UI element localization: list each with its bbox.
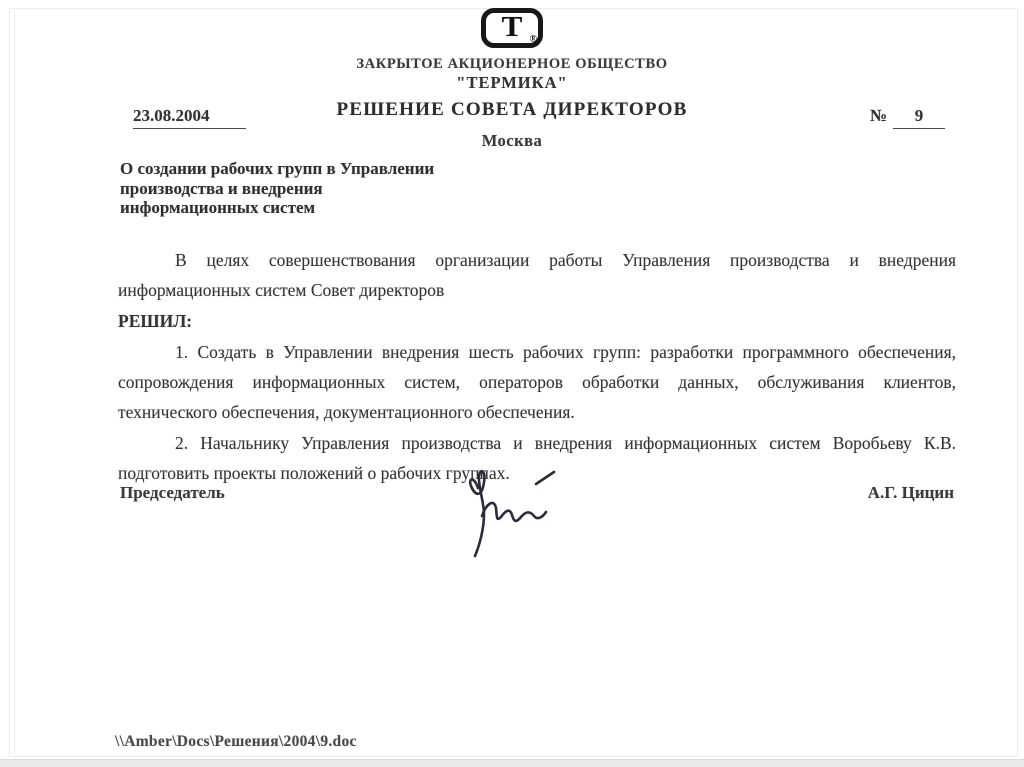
signature-name: А.Г. Цицин xyxy=(868,483,954,503)
document-number-field: № 9 xyxy=(870,106,945,129)
page-bottom-edge xyxy=(0,759,1024,767)
org-type-line: ЗАКРЫТОЕ АКЦИОНЕРНОЕ ОБЩЕСТВО xyxy=(0,56,1024,73)
signature-role: Председатель xyxy=(120,483,225,503)
document-date: 23.08.2004 xyxy=(133,106,246,129)
resolved-label: РЕШИЛ: xyxy=(118,306,956,336)
number-sign: № xyxy=(870,106,893,126)
file-path-footer: \\Amber\Docs\Решения\2004\9.doc xyxy=(115,733,357,751)
document-number: 9 xyxy=(893,106,945,129)
registered-trademark-icon: ® xyxy=(530,34,537,45)
logo-rounded-box: Т ® xyxy=(481,8,543,48)
resolution-item-1: 1. Создать в Управлении внедрения шесть … xyxy=(118,337,956,427)
subject-block: О создании рабочих групп в Управлении пр… xyxy=(120,159,438,218)
termika-logo-icon: Т ® xyxy=(481,8,543,53)
city-line: Москва xyxy=(0,131,1024,151)
document-body: В целях совершенствования организации ра… xyxy=(118,245,956,488)
org-name-line: "ТЕРМИКА" xyxy=(0,73,1024,93)
meta-row: 23.08.2004 № 9 xyxy=(133,106,945,129)
document-header: Т ® ЗАКРЫТОЕ АКЦИОНЕРНОЕ ОБЩЕСТВО "ТЕРМИ… xyxy=(0,8,1024,121)
handwritten-signature-icon xyxy=(438,462,578,562)
scanned-document-page: Т ® ЗАКРЫТОЕ АКЦИОНЕРНОЕ ОБЩЕСТВО "ТЕРМИ… xyxy=(0,0,1024,767)
intro-paragraph: В целях совершенствования организации ра… xyxy=(118,245,956,305)
